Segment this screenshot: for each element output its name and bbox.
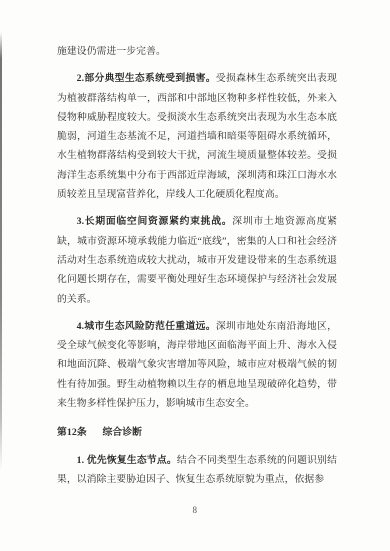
paragraph-lead-bold: 4.城市生态风险防范任重道远。 [77, 321, 216, 332]
clause-number: 第12条 [57, 427, 87, 438]
paragraph-continuation: 施建设仍需进一步完善。 [57, 42, 337, 61]
clause-heading: 第12条综合诊断 [57, 423, 337, 442]
paragraph-lead-bold: 2.部分典型生态系统受到损害。 [77, 73, 216, 84]
paragraph-text: 深圳市土地资源高度紧缺，城市资源环境承载能力临近“底线”，密集的人口和社会经济活… [57, 216, 337, 304]
document-body: 施建设仍需进一步完善。 2.部分典型生态系统受到损害。受损森林生态系统突出表现为… [57, 42, 337, 489]
paragraph-lead-bold: 3.长期面临空间资源紧约束挑战。 [77, 216, 233, 227]
paragraph-text: 受损森林生态系统突出表现为植被群落结构单一，西部和中部地区物种多样性较低，外来入… [57, 73, 337, 200]
clause-title: 综合诊断 [102, 427, 142, 438]
paragraph-text: 深圳市地处东南沿海地区，受全球气候变化等影响，海岸带地区面临海平面上升、海水入侵… [57, 321, 337, 409]
paragraph-item-1-after-heading: 1. 优先恢复生态节点。结合不同类型生态系统的问题识别结果，以消除主要胁迫因子、… [57, 451, 337, 490]
paragraph-item-4: 4.城市生态风险防范任重道远。深圳市地处东南沿海地区，受全球气候变化等影响，海岸… [57, 317, 337, 413]
scan-edge-artifact [0, 32, 2, 470]
paragraph-text: 施建设仍需进一步完善。 [57, 46, 166, 57]
page-number: 8 [0, 505, 390, 515]
paragraph-item-2: 2.部分典型生态系统受到损害。受损森林生态系统突出表现为植被群落结构单一，西部和… [57, 69, 337, 204]
paragraph-lead-bold: 1. 优先恢复生态节点。 [77, 455, 177, 466]
document-page: 施建设仍需进一步完善。 2.部分典型生态系统受到损害。受损森林生态系统突出表现为… [0, 0, 390, 551]
paragraph-item-3: 3.长期面临空间资源紧约束挑战。深圳市土地资源高度紧缺，城市资源环境承载能力临近… [57, 212, 337, 308]
